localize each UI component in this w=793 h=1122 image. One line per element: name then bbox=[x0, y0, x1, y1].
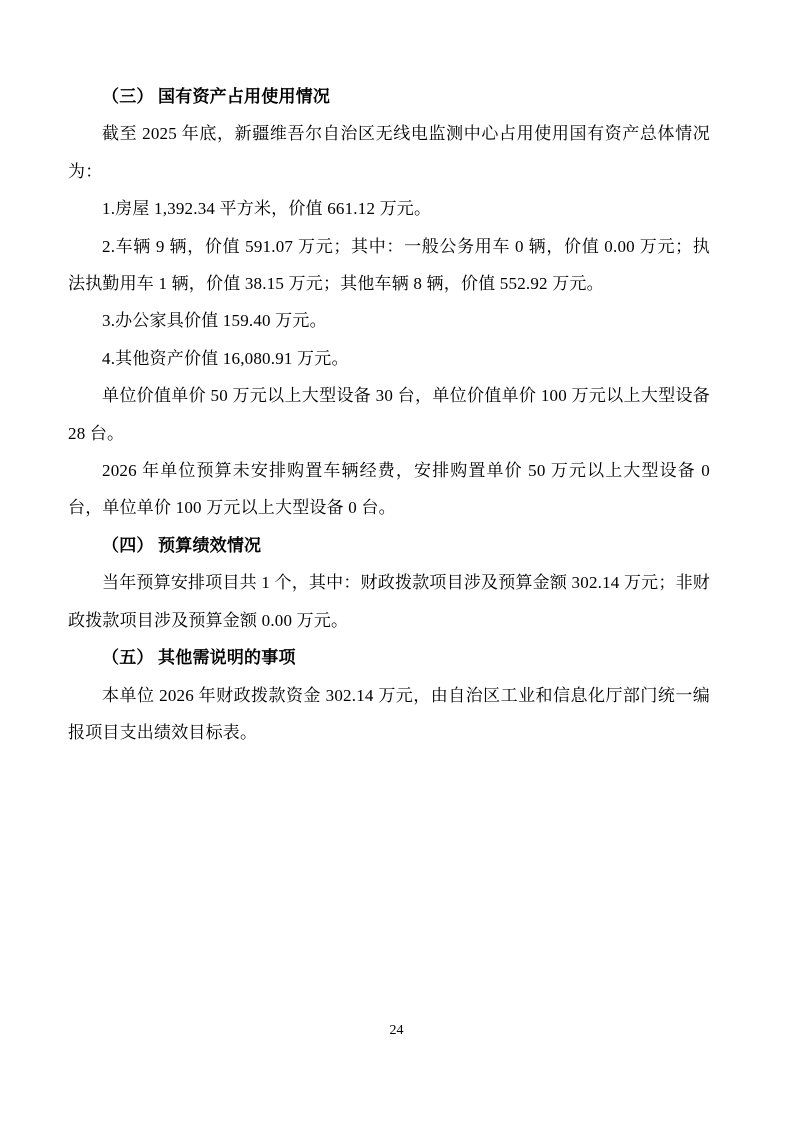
paragraph-budget-performance: 当年预算安排项目共 1 个，其中：财政拨款项目涉及预算金额 302.14 万元；… bbox=[68, 564, 710, 639]
paragraph-large-equipment: 单位价值单价 50 万元以上大型设备 30 台，单位价值单价 100 万元以上大… bbox=[68, 377, 710, 452]
item-housing: 1.房屋 1,392.34 平方米，价值 661.12 万元。 bbox=[68, 190, 710, 227]
section-5-heading: （五） 其他需说明的事项 bbox=[68, 639, 710, 676]
section-4-heading: （四） 预算绩效情况 bbox=[68, 527, 710, 564]
document-page: （三） 国有资产占用使用情况 截至 2025 年底，新疆维吾尔自治区无线电监测中… bbox=[0, 0, 793, 1122]
document-body: （三） 国有资产占用使用情况 截至 2025 年底，新疆维吾尔自治区无线电监测中… bbox=[68, 78, 710, 751]
item-vehicles: 2.车辆 9 辆，价值 591.07 万元；其中：一般公务用车 0 辆，价值 0… bbox=[68, 228, 710, 303]
section-3-heading: （三） 国有资产占用使用情况 bbox=[68, 78, 710, 115]
paragraph-2026-procurement: 2026 年单位预算未安排购置车辆经费，安排购置单价 50 万元以上大型设备 0… bbox=[68, 452, 710, 527]
paragraph-assets-overview: 截至 2025 年底，新疆维吾尔自治区无线电监测中心占用使用国有资产总体情况为： bbox=[68, 115, 710, 190]
item-office-furniture: 3.办公家具价值 159.40 万元。 bbox=[68, 302, 710, 339]
item-other-assets: 4.其他资产价值 16,080.91 万元。 bbox=[68, 340, 710, 377]
paragraph-other-notes: 本单位 2026 年财政拨款资金 302.14 万元，由自治区工业和信息化厅部门… bbox=[68, 677, 710, 752]
page-number: 24 bbox=[0, 1021, 793, 1041]
